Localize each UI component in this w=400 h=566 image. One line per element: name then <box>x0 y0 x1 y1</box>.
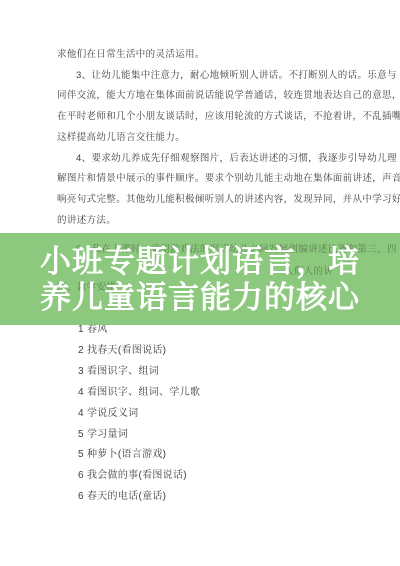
lesson-list-item: 4 看图识字、组词、学儿歌 <box>78 383 200 404</box>
lesson-list-item: 5 学习量词 <box>78 425 200 446</box>
paragraph-line: 这样提高幼儿语言交往能力。 <box>57 128 392 149</box>
lesson-list-item: 4 学说反义词 <box>78 404 200 425</box>
paragraph-line: 解图片和情景中展示的事件顺序。要求个别幼儿能主动地在集体面前讲述，声音 <box>57 169 392 190</box>
article-title-line-1: 小班专题计划语言，培 <box>0 244 400 280</box>
lesson-list-item: 6 春天的电话(童话) <box>78 487 200 508</box>
lesson-list-item: 5 种萝卜(语言游戏) <box>78 445 200 466</box>
lesson-list: 1 春风 2 找春天(看图说话) 3 看图识字、组词 4 看图识字、组词、学儿歌… <box>78 320 200 508</box>
article-page: 求他们在日常生活中的灵活运用。 3、让幼儿能集中注意力，耐心地倾听别人讲话。不打… <box>0 0 400 566</box>
paragraph-line: 求他们在日常生活中的灵活运用。 <box>57 45 392 66</box>
paragraph-line: 同伴交流，能大方地在集体面前说话能说学普通话，较连贯地表达自己的意思， <box>57 86 392 107</box>
lesson-list-item: 6 我会做的事(看图说话) <box>78 466 200 487</box>
paragraph-line: 的讲述方法。 <box>57 211 392 232</box>
article-title-line-2: 养儿童语言能力的核心 <box>0 280 400 316</box>
paragraph-line: 在平时老师和几个小朋友谈话时，应该用轮流的方式谈话，不抢着讲，不乱插嘴， <box>57 107 392 128</box>
paragraph-line: 3、让幼儿能集中注意力，耐心地倾听别人讲话。不打断别人的话。乐意与 <box>57 66 392 87</box>
article-title: 小班专题计划语言，培 养儿童语言能力的核心 <box>0 244 400 316</box>
document-text-block: 求他们在日常生活中的灵活运用。 3、让幼儿能集中注意力，耐心地倾听别人讲话。不打… <box>57 45 392 231</box>
paragraph-line: 响亮句式完整。其他幼儿能积极倾听别人的讲述内容，发现异同，并从中学习好 <box>57 190 392 211</box>
lesson-list-item: 3 看图识字、组词 <box>78 362 200 383</box>
paragraph-line: 4、要求幼儿养成先仔细观察图片，后表达讲述的习惯，我逐步引导幼儿理 <box>57 149 392 170</box>
lesson-list-item: 2 找春天(看图说话) <box>78 341 200 362</box>
